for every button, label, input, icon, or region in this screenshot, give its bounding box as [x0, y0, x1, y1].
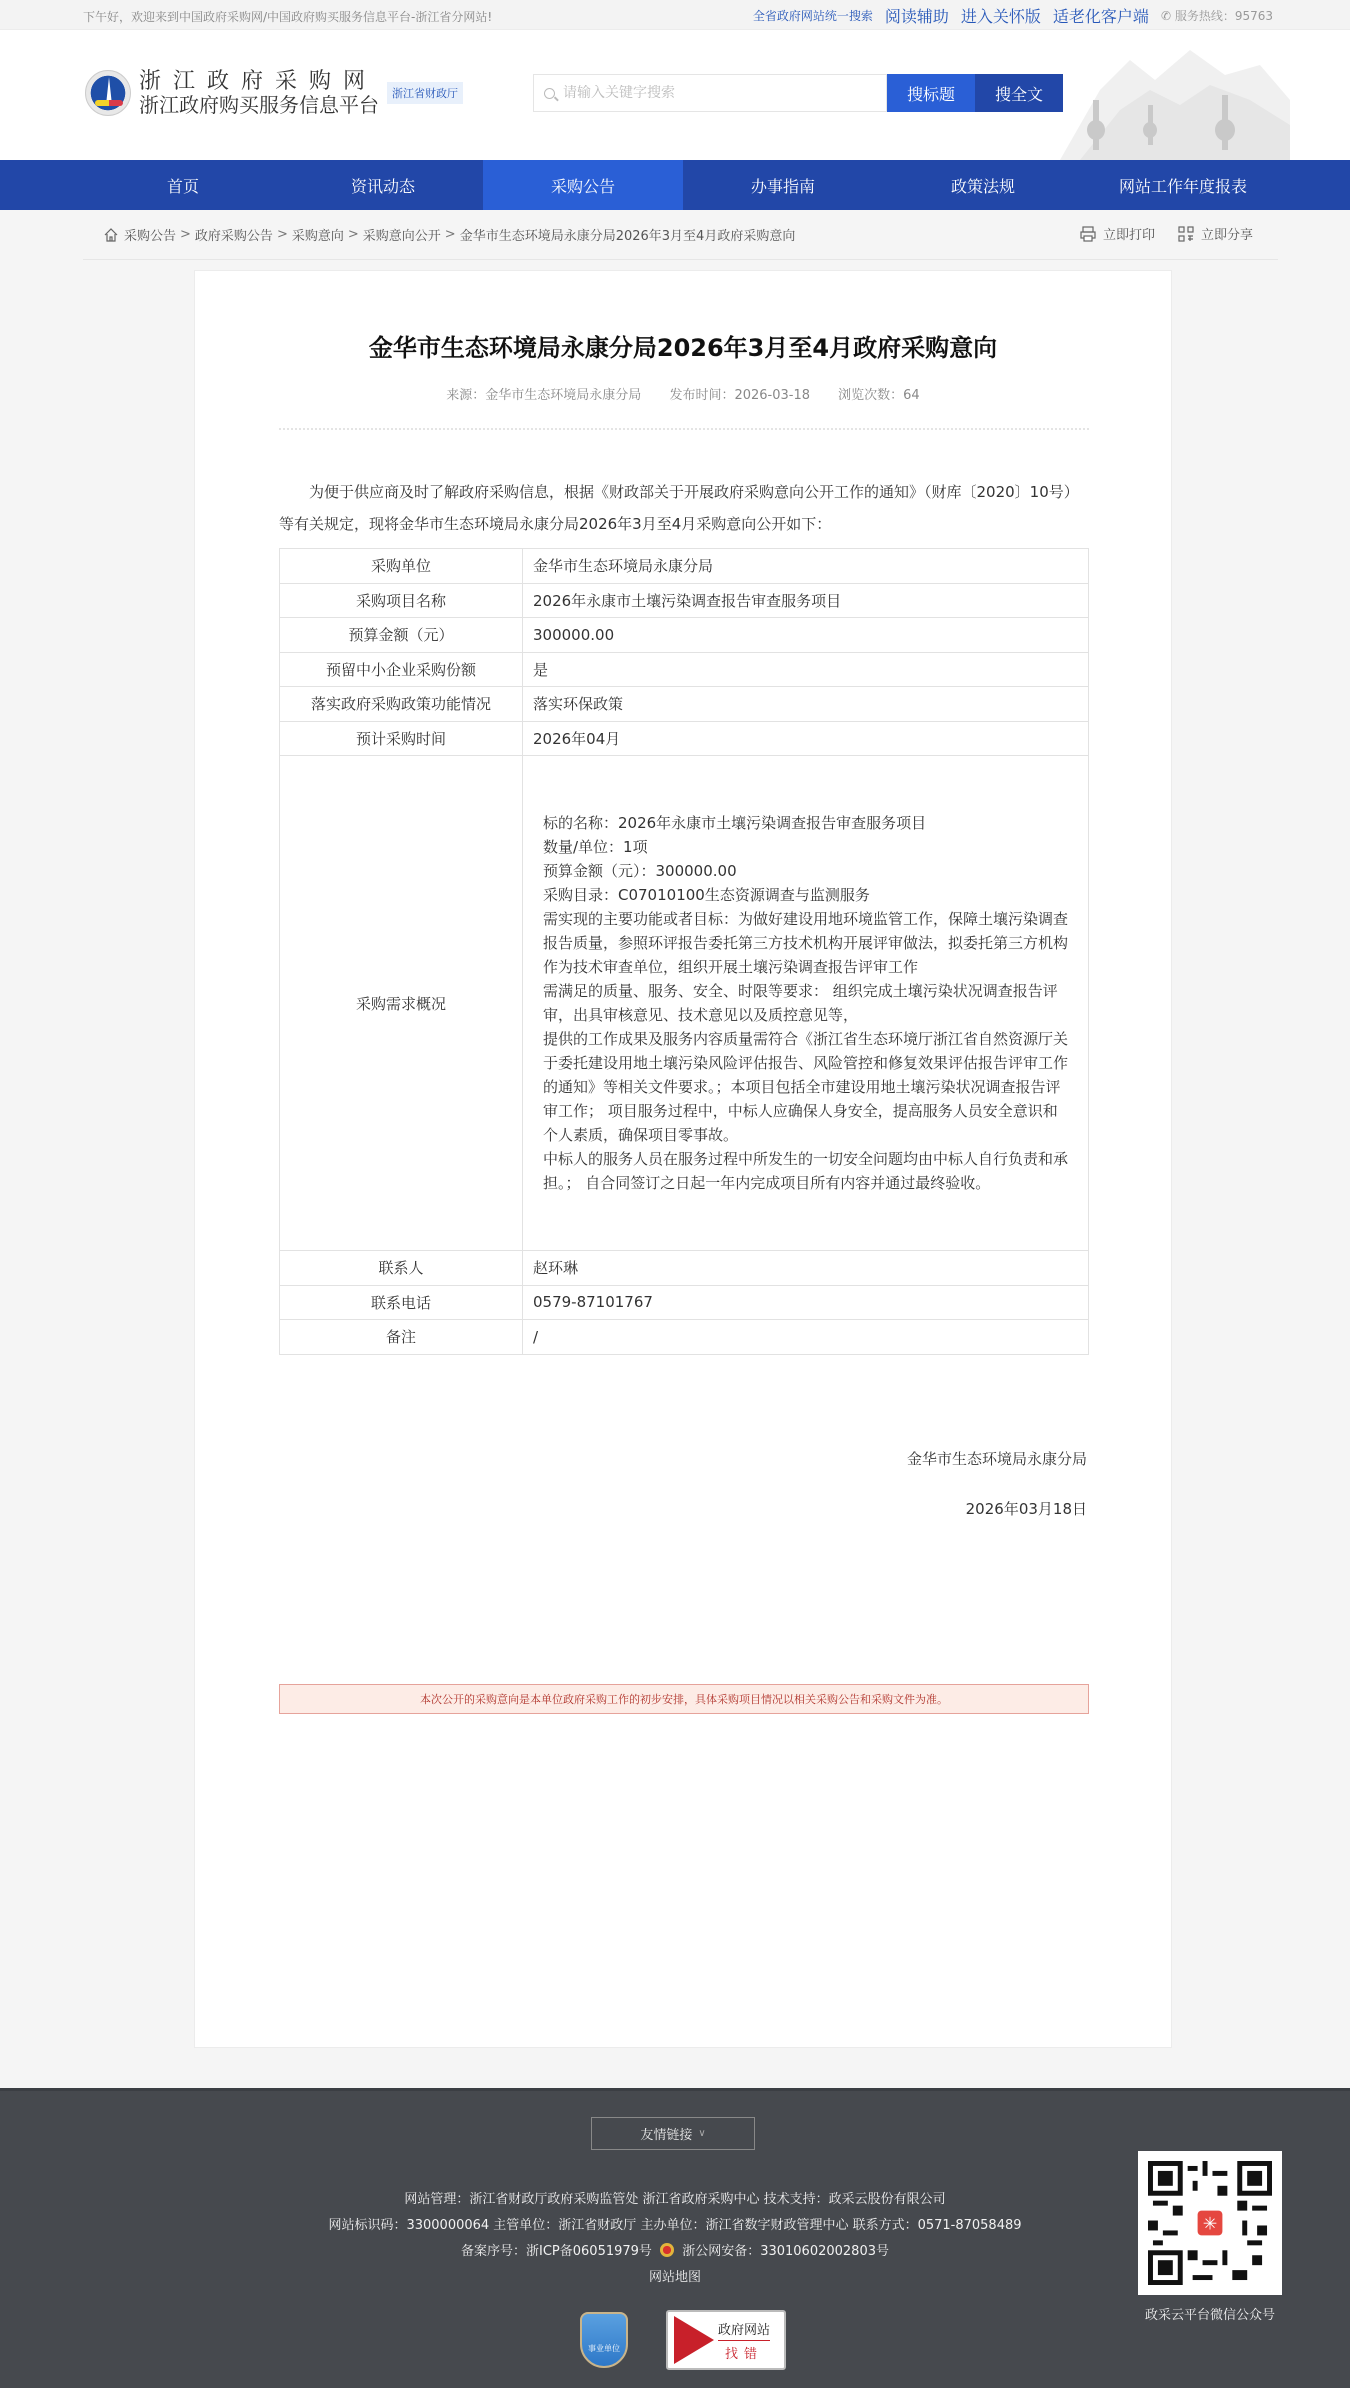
table-row: 预算金额（元） 300000.00 — [280, 618, 1089, 653]
row-label: 联系电话 — [280, 1285, 523, 1320]
nav-item-policy[interactable]: 政策法规 — [883, 160, 1083, 210]
row-value: 赵环琳 — [523, 1251, 1089, 1286]
chevron-down-icon: ∨ — [698, 2128, 705, 2139]
nav-item-annual-report[interactable]: 网站工作年度报表 — [1083, 160, 1283, 210]
breadcrumb-separator: > — [348, 227, 359, 242]
wechat-qrcode: ✳ — [1138, 2151, 1282, 2295]
icp-link[interactable]: 备案序号：浙ICP备06051979号 — [461, 2244, 652, 2259]
share-button[interactable]: 立即分享 — [1177, 224, 1253, 243]
institution-badge[interactable]: 事业单位 — [580, 2312, 628, 2368]
table-row: 备注 / — [280, 1320, 1089, 1355]
qrcode-icon: ✳ — [1148, 2161, 1272, 2285]
article-card: 金华市生态环境局永康分局2026年3月至4月政府采购意向 来源：金华市生态环境局… — [194, 270, 1172, 2048]
breadcrumb-gov-procurement-notice[interactable]: 政府采购公告 — [195, 225, 273, 244]
row-label: 联系人 — [280, 1251, 523, 1286]
breadcrumb-procurement-notice[interactable]: 采购公告 — [124, 225, 176, 244]
search-input[interactable] — [563, 85, 863, 101]
unified-search-link[interactable]: 全省政府网站统一搜索 — [753, 7, 873, 24]
row-label: 预计采购时间 — [280, 721, 523, 756]
row-label: 预留中小企业采购份额 — [280, 652, 523, 687]
care-mode-link[interactable]: 进入关怀版 — [961, 4, 1041, 27]
nav-item-news[interactable]: 资讯动态 — [283, 160, 483, 210]
row-label: 采购需求概况 — [280, 756, 523, 1251]
site-header: 浙江政府采购网 浙江政府购买服务信息平台 浙江省财政厅 搜标题 搜全文 — [0, 30, 1350, 160]
table-row: 采购单位 金华市生态环境局永康分局 — [280, 549, 1089, 584]
share-label: 立即分享 — [1201, 224, 1253, 243]
welcome-text: 下午好，欢迎来到中国政府采购网/中国政府购买服务信息平台-浙江省分网站! — [83, 8, 492, 25]
row-value: / — [523, 1320, 1089, 1355]
row-label: 采购项目名称 — [280, 583, 523, 618]
row-value: 金华市生态环境局永康分局 — [523, 549, 1089, 584]
elderly-client-link[interactable]: 适老化客户端 — [1053, 4, 1149, 27]
row-value: 300000.00 — [523, 618, 1089, 653]
qrcode-label: 政采云平台微信公众号 — [1110, 2304, 1310, 2323]
footer-badges: 事业单位 政府网站 找错 — [580, 2310, 786, 2370]
hotline-text: 服务热线：95763 — [1175, 9, 1273, 23]
hotline: ✆ 服务热线：95763 — [1161, 7, 1273, 24]
summary-line: 数量/单位：1项 — [543, 835, 1068, 859]
qrcode-share-icon — [1177, 225, 1195, 243]
summary-line: 中标人的服务人员在服务过程中所发生的一切安全问题均由中标人自行负责和承担。； 自… — [543, 1147, 1068, 1195]
summary-line: 需实现的主要功能或者目标：为做好建设用地环境监管工作，保障土壤污染调查报告质量，… — [543, 907, 1068, 979]
row-label: 预算金额（元） — [280, 618, 523, 653]
article-meta: 来源：金华市生态环境局永康分局 发布时间：2026-03-18 浏览次数：64 — [195, 384, 1171, 403]
row-value: 是 — [523, 652, 1089, 687]
svg-text:✳: ✳ — [1203, 2214, 1218, 2234]
error-badge-line1: 政府网站 — [718, 2319, 770, 2341]
summary-line: 预算金额（元）：300000.00 — [543, 859, 1068, 883]
logo-badge: 浙江省财政厅 — [387, 82, 463, 104]
signature-date: 2026年03月18日 — [966, 1498, 1087, 1519]
breadcrumb-current: 金华市生态环境局永康分局2026年3月至4月政府采购意向 — [460, 225, 796, 244]
breadcrumb-intention-disclosure[interactable]: 采购意向公开 — [363, 225, 441, 244]
row-label: 备注 — [280, 1320, 523, 1355]
summary-line: 采购目录：C07010100生态资源调查与监测服务 — [543, 883, 1068, 907]
signature-organization: 金华市生态环境局永康分局 — [907, 1448, 1087, 1469]
table-row: 采购项目名称 2026年永康市土壤污染调查报告审查服务项目 — [280, 583, 1089, 618]
search-fulltext-button[interactable]: 搜全文 — [975, 74, 1063, 112]
summary-line: 提供的工作成果及服务内容质量需符合《浙江省生态环境厅浙江省自然资源厅关于委托建设… — [543, 1027, 1068, 1147]
home-icon[interactable] — [103, 227, 119, 243]
table-row: 落实政府采购政策功能情况 落实环保政策 — [280, 687, 1089, 722]
friend-links-dropdown[interactable]: 友情链接 ∨ — [591, 2117, 755, 2150]
search-icon — [544, 88, 555, 99]
site-footer: 友情链接 ∨ 网站管理：浙江省财政厅政府采购监管处 浙江省政府采购中心 技术支持… — [0, 2088, 1350, 2388]
mountain-pagoda-decoration — [1060, 30, 1290, 160]
row-value: 2026年永康市土壤污染调查报告审查服务项目 — [523, 583, 1089, 618]
breadcrumb-separator: > — [277, 227, 288, 242]
breadcrumb-separator: > — [180, 227, 191, 242]
search-title-button[interactable]: 搜标题 — [887, 74, 975, 112]
table-row: 预计采购时间 2026年04月 — [280, 721, 1089, 756]
divider — [279, 428, 1089, 430]
logo-title: 浙江政府采购网 — [139, 70, 379, 94]
breadcrumb-separator: > — [445, 227, 456, 242]
article-source: 来源：金华市生态环境局永康分局 — [446, 388, 641, 403]
table-row-summary: 采购需求概况 标的名称：2026年永康市土壤污染调查报告审查服务项目 数量/单位… — [280, 756, 1089, 1251]
search-bar: 搜标题 搜全文 — [533, 74, 1063, 112]
main-nav: 首页 资讯动态 采购公告 办事指南 政策法规 网站工作年度报表 — [0, 160, 1350, 210]
nav-item-procurement-notice[interactable]: 采购公告 — [483, 160, 683, 210]
row-label: 采购单位 — [280, 549, 523, 584]
row-value: 0579-87101767 — [523, 1285, 1089, 1320]
print-label: 立即打印 — [1103, 224, 1155, 243]
article-title: 金华市生态环境局永康分局2026年3月至4月政府采购意向 — [195, 328, 1171, 363]
table-row: 联系人 赵环琳 — [280, 1251, 1089, 1286]
procurement-summary: 标的名称：2026年永康市土壤污染调查报告审查服务项目 数量/单位：1项 预算金… — [523, 756, 1089, 1251]
printer-icon — [1079, 225, 1097, 243]
breadcrumb: 采购公告 > 政府采购公告 > 采购意向 > 采购意向公开 > 金华市生态环境局… — [83, 210, 1278, 260]
nav-item-guide[interactable]: 办事指南 — [683, 160, 883, 210]
logo-subtitle: 浙江政府购买服务信息平台 — [139, 94, 379, 116]
table-row: 联系电话 0579-87101767 — [280, 1285, 1089, 1320]
institution-badge-label: 事业单位 — [588, 2343, 620, 2354]
site-logo[interactable]: 浙江政府采购网 浙江政府购买服务信息平台 浙江省财政厅 — [85, 70, 463, 116]
breadcrumb-procurement-intention[interactable]: 采购意向 — [292, 225, 344, 244]
magnifier-icon — [674, 2316, 714, 2364]
article-publish-time: 发布时间：2026-03-18 — [669, 388, 810, 403]
nav-item-home[interactable]: 首页 — [83, 160, 283, 210]
row-value: 落实环保政策 — [523, 687, 1089, 722]
logo-emblem-icon — [85, 70, 131, 116]
top-bar: 下午好，欢迎来到中国政府采购网/中国政府购买服务信息平台-浙江省分网站! 全省政… — [0, 0, 1350, 30]
error-badge-line2: 找错 — [718, 2341, 770, 2362]
print-button[interactable]: 立即打印 — [1079, 224, 1155, 243]
summary-line: 标的名称：2026年永康市土壤污染调查报告审查服务项目 — [543, 811, 1068, 835]
row-label: 落实政府采购政策功能情况 — [280, 687, 523, 722]
friend-links-label: 友情链接 — [640, 2124, 692, 2143]
phone-icon: ✆ — [1161, 9, 1175, 23]
police-emblem-icon — [660, 2243, 674, 2257]
disclaimer-notice: 本次公开的采购意向是本单位政府采购工作的初步安排，具体采购项目情况以相关采购公告… — [279, 1684, 1089, 1714]
row-value: 2026年04月 — [523, 721, 1089, 756]
article-views: 浏览次数：64 — [838, 388, 920, 403]
procurement-intention-table: 采购单位 金华市生态环境局永康分局 采购项目名称 2026年永康市土壤污染调查报… — [279, 548, 1089, 1355]
summary-line: 需满足的质量、服务、安全、时限等要求： 组织完成土壤污染状况调查报告评审，出具审… — [543, 979, 1068, 1027]
table-row: 预留中小企业采购份额 是 — [280, 652, 1089, 687]
police-registration-link[interactable]: 浙公网安备：33010602002803号 — [682, 2244, 889, 2259]
gov-site-error-report-badge[interactable]: 政府网站 找错 — [666, 2310, 786, 2370]
reading-aid-link[interactable]: 阅读辅助 — [885, 4, 949, 27]
article-intro: 为便于供应商及时了解政府采购信息，根据《财政部关于开展政府采购意向公开工作的通知… — [279, 476, 1089, 540]
